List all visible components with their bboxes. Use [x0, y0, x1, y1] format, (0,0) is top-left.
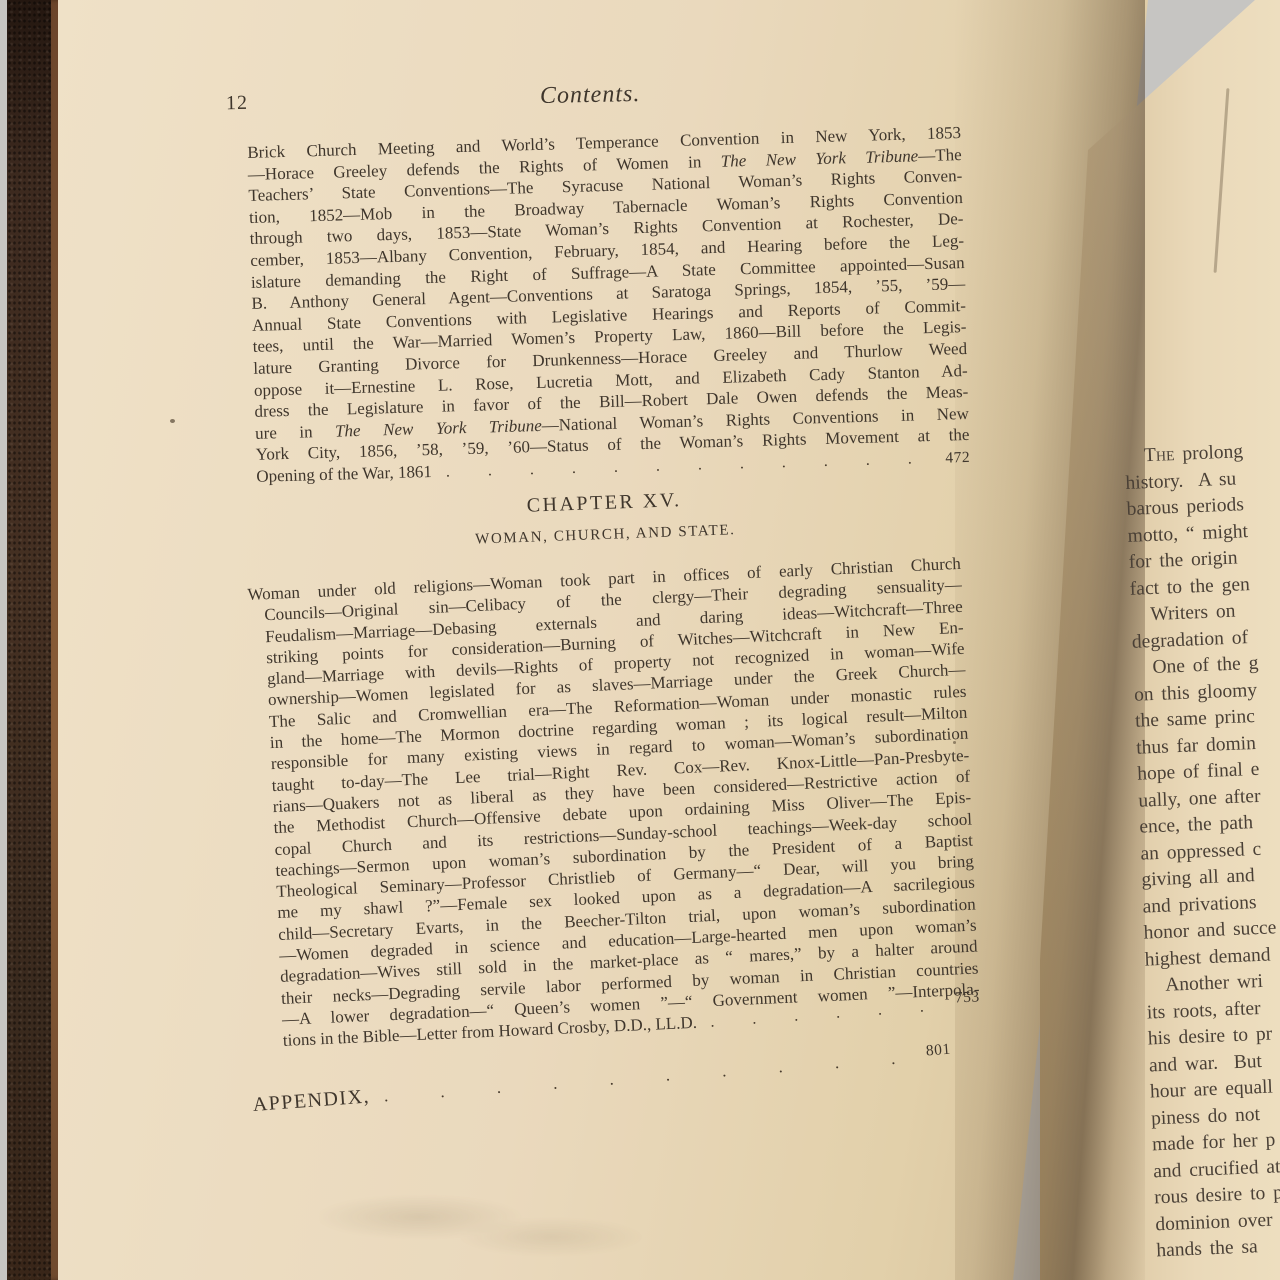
page-reference: 472 — [945, 447, 970, 469]
ink-showthrough — [320, 1185, 650, 1265]
contents-entry-chapter14: Brick Church Meeting and World’s Tempera… — [247, 122, 970, 488]
entry-lines: Woman under old religions—Woman took par… — [247, 553, 980, 1031]
entry-last-text: Opening of the War, 1861 — [256, 461, 432, 487]
entry-lines: Brick Church Meeting and World’s Tempera… — [247, 122, 970, 466]
running-head-contents: Contents. — [540, 81, 641, 110]
page-reference: 753 — [955, 987, 981, 1009]
page-reference: 801 — [925, 1041, 951, 1061]
book-cover-leather — [7, 0, 51, 1280]
page-number: 12 — [226, 92, 248, 115]
book-photo: { "colors": { "background": "#c6c5c2", "… — [0, 0, 1280, 1280]
ink-speck — [170, 419, 175, 423]
contents-entry-chapter15: Woman under old religions—Woman took par… — [247, 553, 981, 1053]
